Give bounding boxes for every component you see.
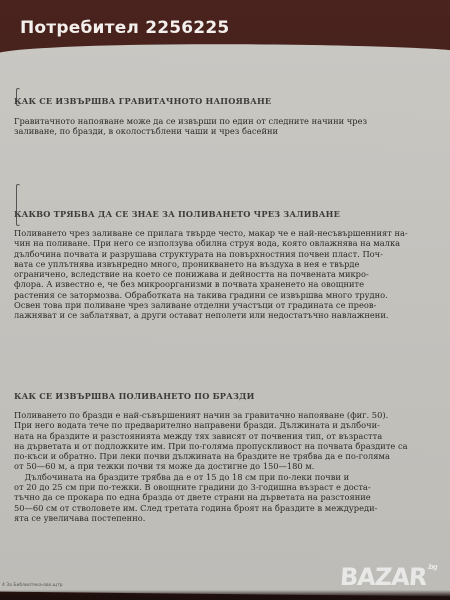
text-line: на дърветата и от подложките им. При по-… — [14, 441, 444, 451]
bazar-watermark-logo: BAZAR.bg — [339, 563, 437, 591]
text-line: чин на поливане. При него се използува о… — [14, 238, 444, 248]
text-line: При него водата тече по предварително на… — [14, 420, 444, 430]
section-heading-furrow-irrigation: КАК СЕ ИЗВЪРШВА ПОЛИВАНЕТО ПО БРАЗДИ — [14, 391, 255, 401]
text-line: растения се затормозва. Обработката на т… — [14, 290, 444, 300]
text-line: Освен това при поливане чрез заливане от… — [14, 300, 444, 310]
text-line: Гравитачното напояване може да се извърш… — [14, 116, 444, 126]
seller-username: Потребител 2256225 — [20, 18, 229, 38]
text-line: заливане, по бразди, в околостъблени чаш… — [14, 126, 444, 136]
text-line: вата се уплътнява извънредно много, прон… — [14, 259, 444, 269]
section-heading-flood-irrigation: КАКВО ТРЯБВА ДА СЕ ЗНАЕ ЗА ПОЛИВАНЕТО ЧР… — [14, 209, 340, 219]
section-paragraph-furrow-irrigation: Поливането по бразди е най-съвършеният н… — [14, 410, 444, 523]
text-line: Поливането по бразди е най-съвършеният н… — [14, 410, 444, 420]
page-footer-note: 4 За Библиотека-ово.щтр — [2, 583, 63, 588]
text-line: флора. А известно е, че без микроорганиз… — [14, 279, 444, 289]
text-line: ограничено, вследствие на което се пониж… — [14, 269, 444, 279]
text-line: Дълбочината на браздите трябва да е от 1… — [14, 472, 444, 482]
page-bottom-shadow — [0, 590, 450, 600]
text-line: дълбочина почвата и разрушава структурат… — [14, 249, 444, 259]
text-line: от 20 до 25 см при по-тежки. В овощните … — [14, 482, 444, 492]
text-line: ната на браздите и разстоянията между тя… — [14, 431, 444, 441]
watermark-suffix: .bg — [427, 563, 437, 571]
margin-bracket — [16, 184, 20, 226]
text-line: Поливането чрез заливане се прилага твър… — [14, 228, 444, 238]
text-line: 50—60 см от стволовете им. След третата … — [14, 503, 444, 513]
text-line: ята се увеличава постепенно. — [14, 513, 444, 523]
watermark-text: BAZAR — [339, 563, 427, 591]
section-paragraph-gravity-irrigation: Гравитачното напояване може да се извърш… — [14, 116, 444, 137]
text-line: по-къси и обратно. При леки почви дължин… — [14, 451, 444, 461]
text-line: лажняват и се заблатяват, а други остава… — [14, 310, 444, 320]
section-heading-gravity-irrigation: КАК СЕ ИЗВЪРШВА ГРАВИТАЧНОТО НАПОЯВАНЕ — [14, 96, 271, 106]
text-line: тъчно да се прокара по една бразда от дв… — [14, 492, 444, 502]
section-paragraph-flood-irrigation: Поливането чрез заливане се прилага твър… — [14, 228, 444, 321]
text-line: от 50—60 м, а при тежки почви тя може да… — [14, 461, 444, 471]
